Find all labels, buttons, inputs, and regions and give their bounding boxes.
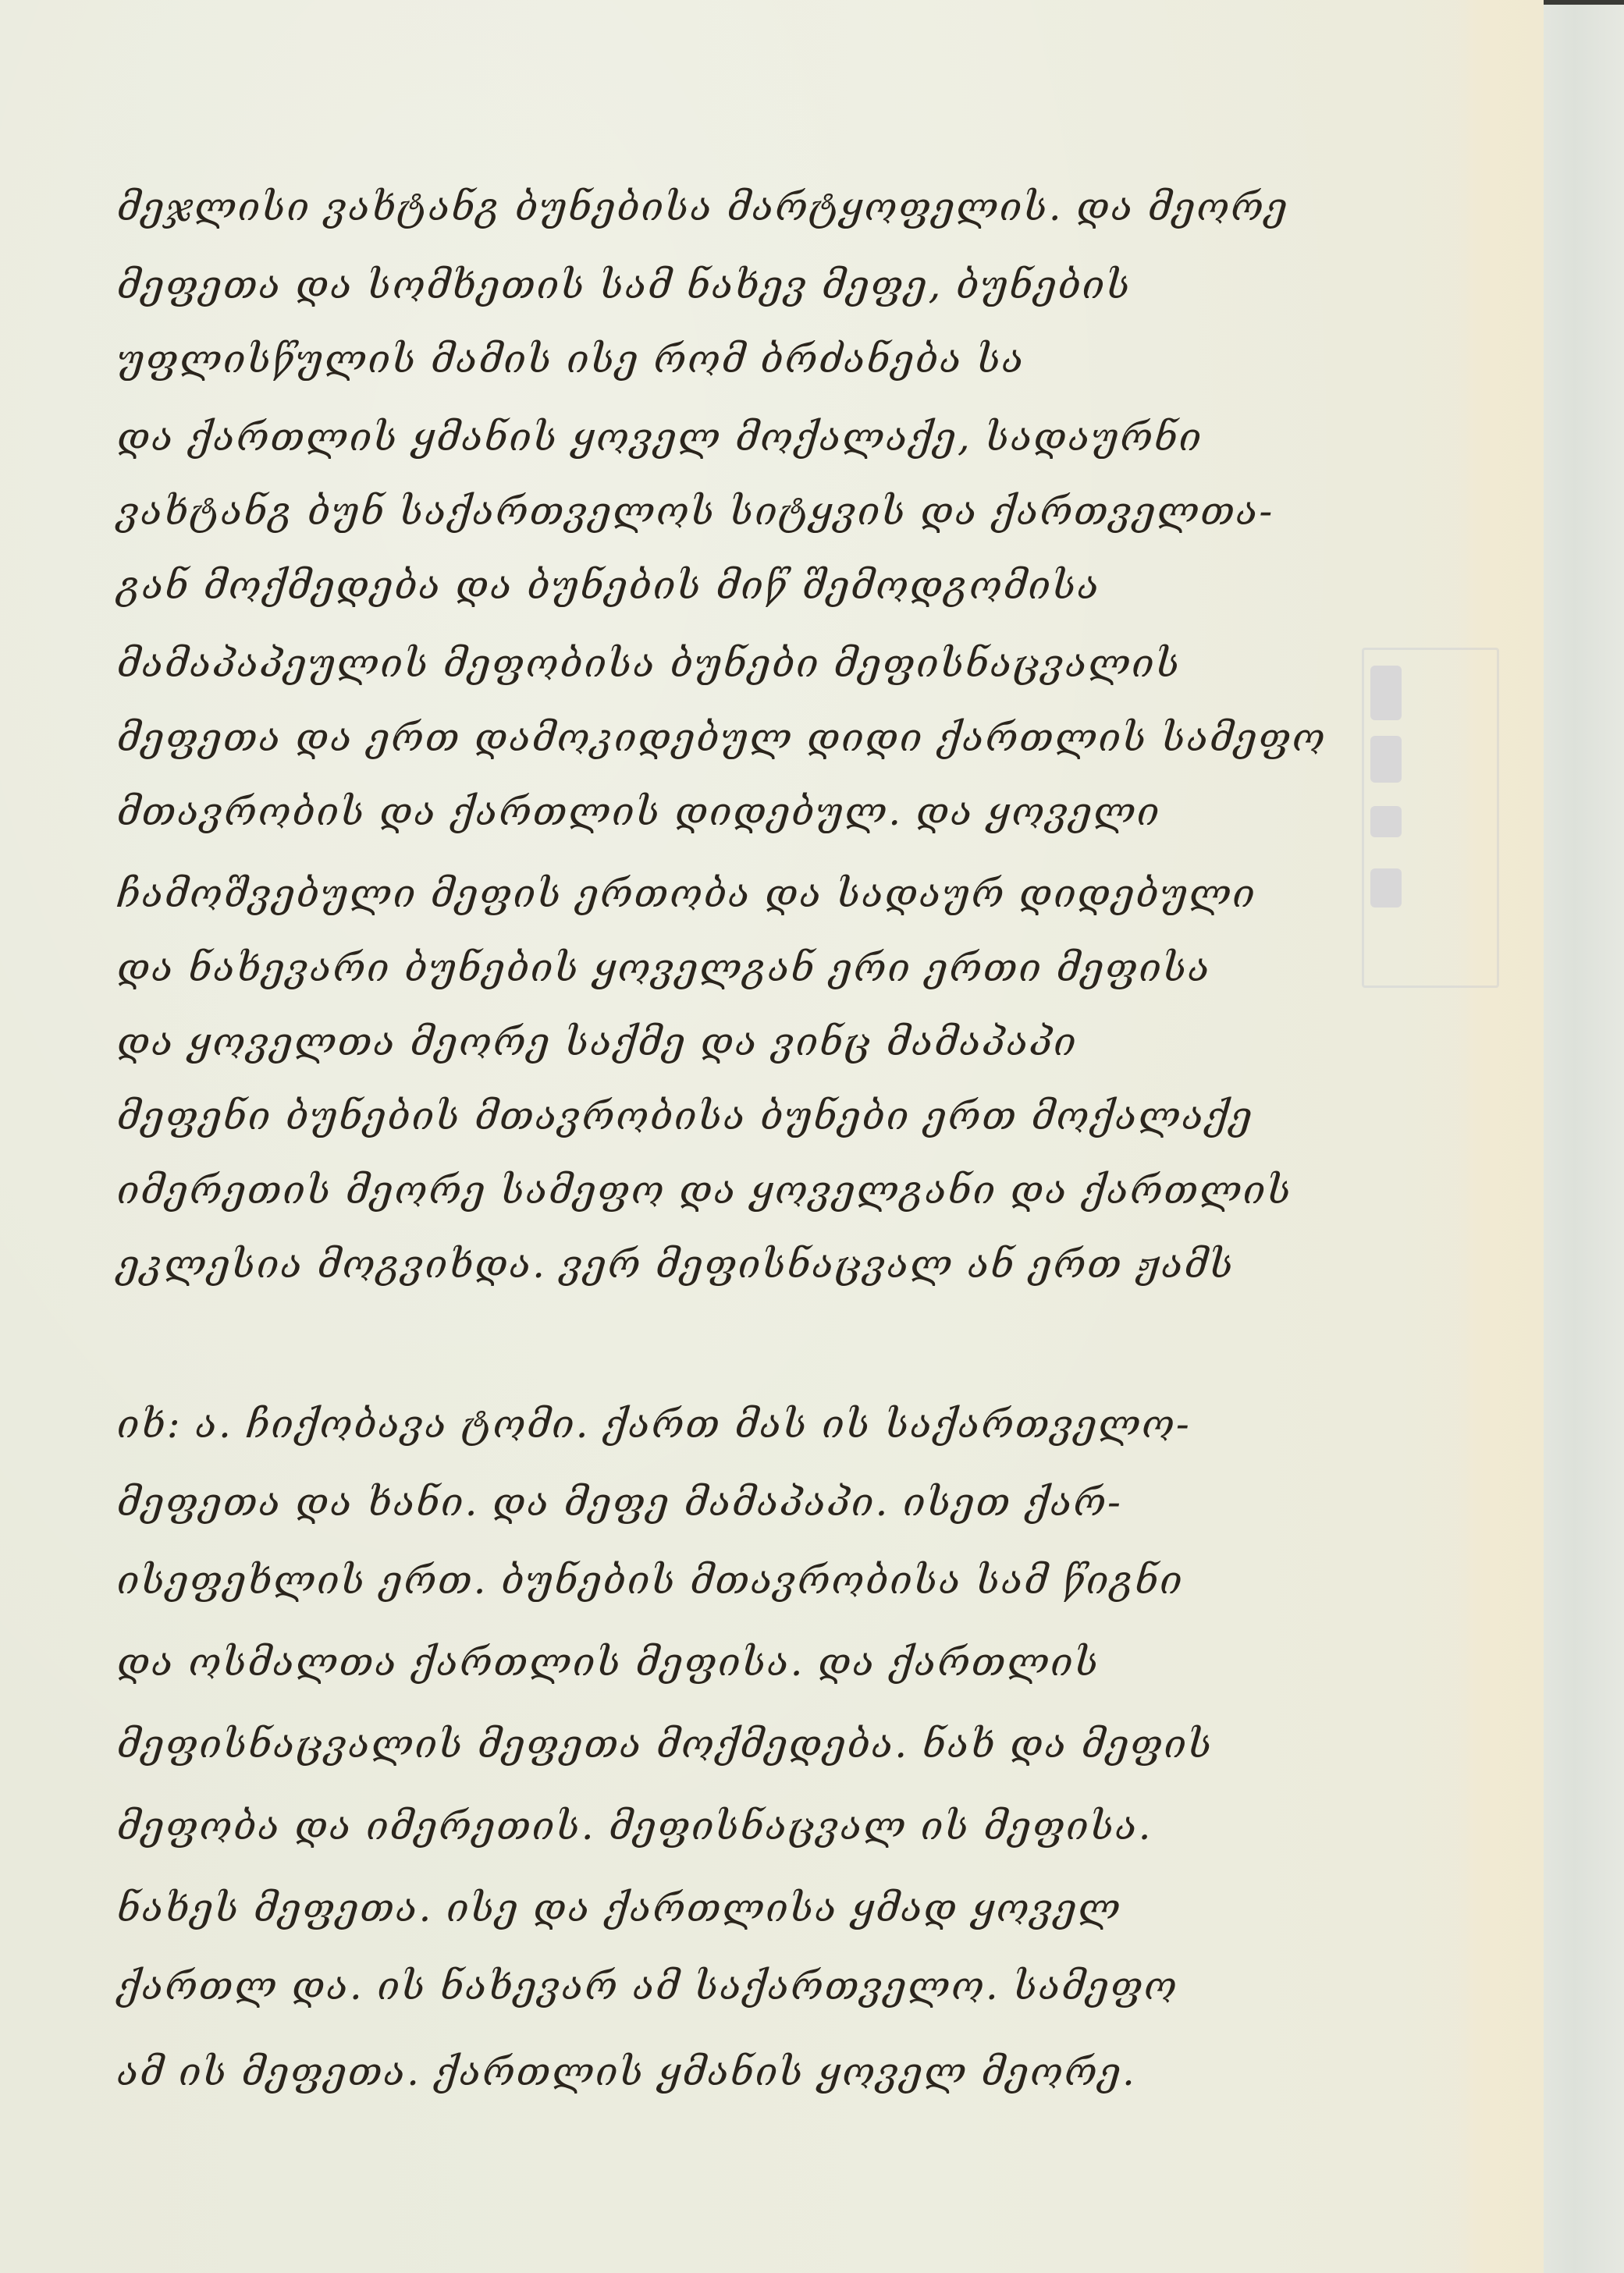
manuscript-citation-line: იხ: ა. ჩიქობავა ტომი. ქართ მას ის საქართ… — [117, 1405, 1191, 1444]
manuscript-line: მეფობა და იმერეთის. მეფისნაცვალ ის მეფის… — [117, 1806, 1153, 1845]
manuscript-line: ქართლ და. ის ნახევარ ამ საქართველო. სამე… — [117, 1966, 1178, 2005]
stamp-mark — [1370, 736, 1402, 783]
manuscript-line: მეფენი ბუნების მთავრობისა ბუნები ერთ მოქ… — [117, 1096, 1253, 1135]
stamp-bleed-through-icon — [1362, 648, 1499, 988]
paper-edge-strip — [1458, 0, 1544, 2273]
manuscript-line: ვახტანგ ბუნ საქართველოს სიტყვის და ქართვ… — [117, 492, 1274, 531]
manuscript-line: ამ ის მეფეთა. ქართლის ყმანის ყოველ მეორე… — [117, 2052, 1136, 2091]
manuscript-line: მეფეთა და სომხეთის სამ ნახევ მეფე, ბუნებ… — [117, 265, 1132, 304]
manuscript-line: ეკლესია მოგვიხდა. ვერ მეფისნაცვალ ან ერთ… — [117, 1245, 1235, 1284]
stamp-mark — [1370, 666, 1402, 720]
manuscript-line: მთავრობის და ქართლის დიდებულ. და ყოველი — [117, 792, 1160, 831]
manuscript-line: მეფისნაცვალის მეფეთა მოქმედება. ნახ და მ… — [117, 1724, 1213, 1763]
manuscript-line: მამაპაპეულის მეფობისა ბუნები მეფისნაცვალ… — [117, 644, 1181, 683]
manuscript-line: და ნახევარი ბუნების ყოველგან ერი ერთი მე… — [117, 948, 1211, 987]
manuscript-line: და ოსმალთა ქართლის მეფისა. და ქართლის — [117, 1643, 1100, 1682]
stamp-mark — [1370, 868, 1402, 907]
stamp-mark — [1370, 806, 1402, 837]
manuscript-line: და ყოველთა მეორე საქმე და ვინც მამაპაპი — [117, 1022, 1078, 1061]
manuscript-line: უფლისწულის მამის ისე რომ ბრძანება სა — [117, 339, 1025, 378]
manuscript-line: ისეფეხლის ერთ. ბუნების მთავრობისა სამ წი… — [117, 1561, 1184, 1600]
manuscript-line: ნახეს მეფეთა. ისე და ქართლისა ყმად ყოველ — [117, 1888, 1121, 1927]
manuscript-line: მეფეთა და ხანი. და მეფე მამაპაპი. ისეთ ქ… — [117, 1483, 1122, 1522]
manuscript-line: იმერეთის მეორე სამეფო და ყოველგანი და ქა… — [117, 1170, 1292, 1209]
mount-top-edge — [1530, 0, 1624, 5]
manuscript-line: მეფეთა და ერთ დამოკიდებულ დიდი ქართლის ს… — [117, 718, 1327, 757]
manuscript-page: მეჯლისი ვახტანგ ბუნებისა მარტყოფელის. და… — [0, 0, 1544, 2273]
manuscript-line: მეჯლისი ვახტანგ ბუნებისა მარტყოფელის. და… — [117, 187, 1288, 226]
manuscript-line: ჩამოშვებული მეფის ერთობა და სადაურ დიდებ… — [117, 874, 1256, 913]
manuscript-line: და ქართლის ყმანის ყოველ მოქალაქე, სადაურ… — [117, 417, 1203, 456]
archive-mount-background — [1541, 0, 1624, 2273]
manuscript-line: გან მოქმედება და ბუნების მიწ შემოდგომისა — [117, 566, 1100, 605]
